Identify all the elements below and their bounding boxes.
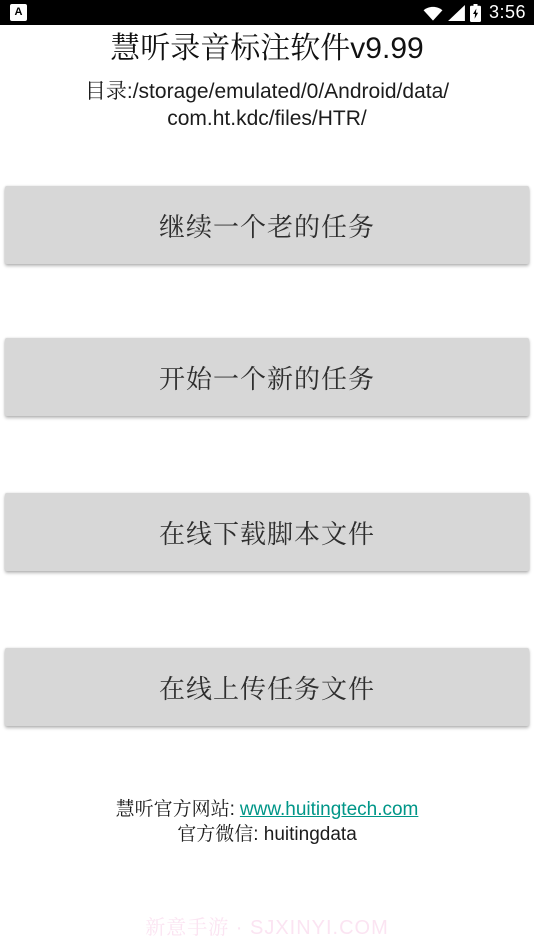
start-new-task-button[interactable]: 开始一个新的任务 bbox=[5, 338, 529, 416]
cellular-signal-icon bbox=[448, 5, 465, 21]
directory-path: 目录:/storage/emulated/0/Android/data/ com… bbox=[0, 78, 534, 132]
official-website-link[interactable]: www.huitingtech.com bbox=[240, 799, 418, 820]
watermark: 新意手游 · SJXINYI.COM bbox=[0, 916, 534, 940]
status-bar-right: 3:56 bbox=[423, 2, 526, 23]
wifi-icon bbox=[423, 5, 443, 21]
app-screen: A 3:56 慧听录音标注软件v9.9 bbox=[0, 0, 534, 948]
upload-task-file-button[interactable]: 在线上传任务文件 bbox=[5, 648, 529, 726]
status-bar: A 3:56 bbox=[0, 0, 534, 25]
official-website-line: 慧听官方网站:www.huitingtech.com bbox=[0, 797, 534, 822]
notification-app-icon: A bbox=[10, 4, 27, 21]
status-bar-left: A bbox=[10, 4, 27, 21]
directory-path-line1: 目录:/storage/emulated/0/Android/data/ bbox=[85, 80, 449, 103]
official-wechat-line: 官方微信: huitingdata bbox=[0, 822, 534, 847]
official-website-label: 慧听官方网站: bbox=[116, 799, 235, 820]
battery-charging-icon bbox=[470, 4, 481, 22]
continue-old-task-button[interactable]: 继续一个老的任务 bbox=[5, 186, 529, 264]
directory-path-line2: com.ht.kdc/files/HTR/ bbox=[167, 107, 367, 130]
status-time: 3:56 bbox=[489, 2, 526, 23]
download-script-file-button[interactable]: 在线下载脚本文件 bbox=[5, 493, 529, 571]
app-title: 慧听录音标注软件v9.99 bbox=[0, 30, 534, 68]
footer: 慧听官方网站:www.huitingtech.com 官方微信: huiting… bbox=[0, 797, 534, 847]
